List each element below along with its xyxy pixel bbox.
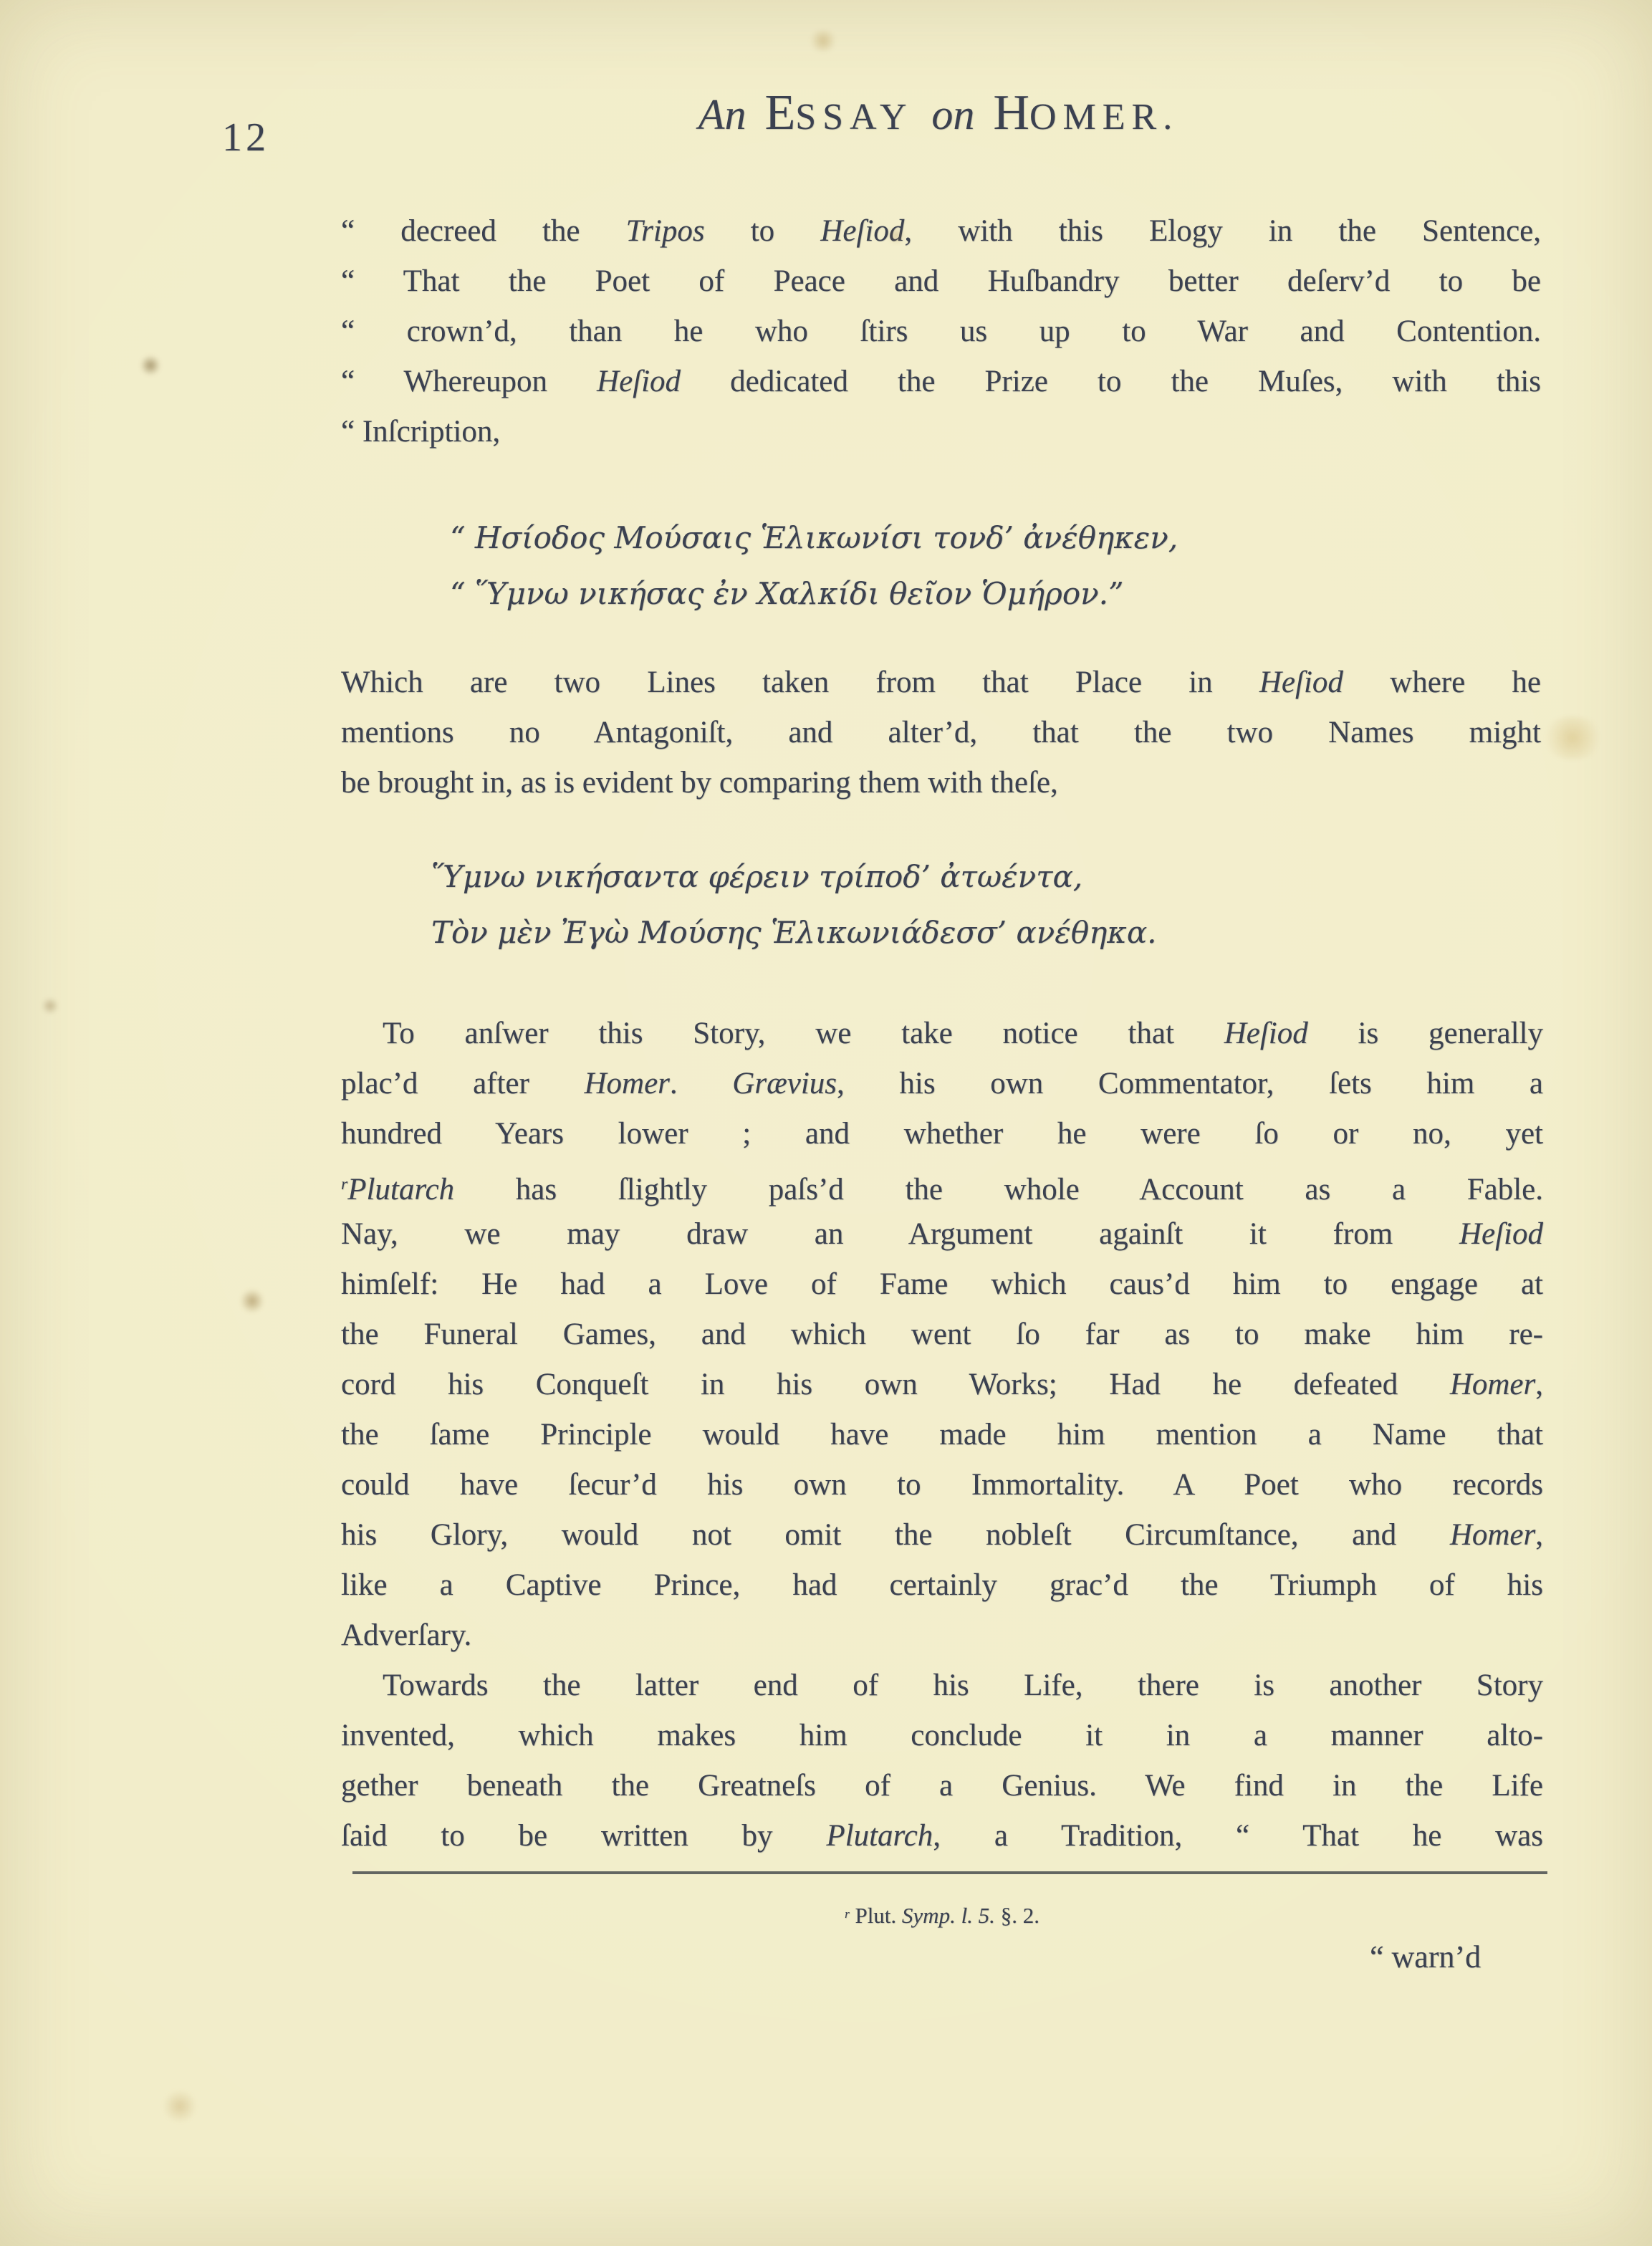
text-run: mentions no Antagoniſt, and alter’d, tha…: [341, 716, 1541, 749]
text-line: Adverſary.: [341, 1611, 1543, 1661]
text-run: like a Captive Prince, had certainly gra…: [341, 1568, 1543, 1602]
text-line: mentions no Antagoniſt, and alter’d, tha…: [341, 708, 1541, 758]
text-run: Which are two Lines taken from that Plac…: [341, 666, 1259, 699]
text-line: his Glory, would not omit the nobleſt Ci…: [341, 1510, 1543, 1560]
text-run: Heſiod: [820, 214, 904, 248]
text-run: “ crown’d, than he who ſtirs us up to Wa…: [341, 315, 1541, 348]
text-run: Homer: [1450, 1518, 1535, 1552]
text-run: Nay, we may draw an Argument againſt it …: [341, 1217, 1459, 1251]
text-run: Tripos: [626, 214, 705, 248]
text-line: Nay, we may draw an Argument againſt it …: [341, 1209, 1543, 1259]
text-run: is generally: [1308, 1017, 1543, 1050]
text-line: could have ſecur’d his own to Immortalit…: [341, 1460, 1543, 1510]
text-run: the Funeral Games, and which went ſo far…: [341, 1318, 1543, 1351]
text-run: Adverſary.: [341, 1618, 471, 1652]
text-run: To anſwer this Story, we take notice tha…: [383, 1017, 1224, 1050]
text-run: , a Tradition, “ That he was: [933, 1819, 1543, 1853]
text-line: “ Whereupon Heſiod dedicated the Prize t…: [341, 357, 1541, 407]
text-run: Homer: [1450, 1368, 1535, 1401]
text-run: Heſiod: [597, 365, 681, 398]
paragraph-towards: Towards the latter end of his Life, ther…: [341, 1661, 1543, 1861]
text-line: Ὕμνω νικήσαντα φέρειν τρίποδ’ ἀτωέντα,: [431, 849, 1434, 905]
text-line: hundred Years lower ; and whether he wer…: [341, 1109, 1543, 1159]
text-run: gether beneath the Greatneſs of a Genius…: [341, 1769, 1543, 1803]
text-run: r: [845, 1907, 850, 1921]
text-line: be brought in, as is evident by comparin…: [341, 758, 1541, 808]
text-run: “ That the Poet of Peace and Huſbandry b…: [341, 264, 1541, 298]
text-line: “ crown’d, than he who ſtirs us up to Wa…: [341, 307, 1541, 357]
text-line: cord his Conqueſt in his own Works; Had …: [341, 1360, 1543, 1410]
text-line: “ That the Poet of Peace and Huſbandry b…: [341, 256, 1541, 307]
text-line: invented, which makes him conclude it in…: [341, 1711, 1543, 1761]
text-run: “ Whereupon: [341, 365, 597, 398]
text-run: cord his Conqueſt in his own Works; Had …: [341, 1368, 1450, 1401]
paper-stain: [1540, 716, 1605, 759]
text-run: ,: [1535, 1368, 1543, 1401]
text-run: be brought in, as is evident by comparin…: [341, 766, 1058, 800]
text-run: hundred Years lower ; and whether he wer…: [341, 1117, 1543, 1151]
text-run: , his own Commentator, ſets him a: [837, 1067, 1543, 1100]
title-essay-rest: SSAY: [795, 97, 913, 138]
text-line: Τὸν μὲν Ἐγὼ Μούσης Ἑλικωνιάδεσσ’ ανέθηκα…: [431, 905, 1434, 961]
text-run: Heſiod: [1224, 1017, 1308, 1050]
text-line: “ Ησίοδος Μούσαις Ἑλικωνίσι τονδ’ ἀνέθηκ…: [450, 510, 1453, 566]
paper-stain: [140, 355, 160, 375]
text-run: has ſlightly paſs’d the whole Account as…: [454, 1173, 1543, 1206]
text-run: could have ſecur’d his own to Immortalit…: [341, 1468, 1543, 1502]
title-homer-rest: OMER.: [1029, 97, 1178, 138]
text-line: rPlutarch has ſlightly paſs’d the whole …: [341, 1159, 1543, 1209]
text-run: Towards the latter end of his Life, ther…: [383, 1669, 1543, 1702]
catchword: “ warn’d: [1370, 1939, 1481, 1975]
text-run: r: [341, 1175, 347, 1194]
paragraph-comparison: Which are two Lines taken from that Plac…: [341, 658, 1541, 808]
page-title: AnESSAYonHOMER.: [337, 85, 1540, 142]
text-run: Plut.: [850, 1903, 902, 1928]
text-line: plac’d after Homer. Grævius, his own Com…: [341, 1059, 1543, 1109]
paper-stain: [241, 1288, 264, 1314]
text-run: “ Ὕμνω νικήσας ἐν Χαλκίδι θεῖον Ὁμήρον.”: [450, 576, 1123, 611]
text-line: Which are two Lines taken from that Plac…: [341, 658, 1541, 708]
text-run: “ decreed the: [341, 214, 626, 248]
text-run: .: [670, 1067, 732, 1100]
text-line: “ Inſcription,: [341, 407, 1541, 457]
text-run: §. 2.: [995, 1903, 1039, 1928]
text-line: the Funeral Games, and which went ſo far…: [341, 1310, 1543, 1360]
text-run: dedicated the Prize to the Muſes, with t…: [681, 365, 1541, 398]
footnote: r Plut. Symp. l. 5. §. 2.: [341, 1903, 1543, 1929]
text-run: Plutarch: [347, 1173, 454, 1206]
text-run: Heſiod: [1259, 666, 1343, 699]
text-run: Τὸν μὲν Ἐγὼ Μούσης Ἑλικωνιάδεσσ’ ανέθηκα…: [431, 915, 1157, 950]
text-run: “ warn’d: [1370, 1939, 1481, 1974]
text-run: invented, which makes him conclude it in…: [341, 1719, 1543, 1752]
paper-stain: [162, 2091, 198, 2122]
book-page: 12 AnESSAYonHOMER. “ decreed the Tripos …: [0, 0, 1652, 2246]
text-line: ſaid to be written by Plutarch, a Tradit…: [341, 1811, 1543, 1861]
text-run: Heſiod: [1459, 1217, 1543, 1251]
text-line: the ſame Principle would have made him m…: [341, 1410, 1543, 1460]
title-word-on: on: [931, 91, 974, 138]
text-line: himſelf: He had a Love of Fame which cau…: [341, 1259, 1543, 1310]
text-run: Grævius: [732, 1067, 837, 1100]
text-run: where he: [1343, 666, 1541, 699]
text-run: Ὕμνω νικήσαντα φέρειν τρίποδ’ ἀτωέντα,: [431, 859, 1082, 894]
paper-stain: [808, 30, 838, 52]
text-line: Towards the latter end of his Life, ther…: [341, 1661, 1543, 1711]
text-run: Plutarch: [826, 1819, 933, 1853]
paragraph-answer: To anſwer this Story, we take notice tha…: [341, 1009, 1543, 1661]
text-run: the ſame Principle would have made him m…: [341, 1418, 1543, 1451]
text-line: “ Ὕμνω νικήσας ἐν Χαλκίδι θεῖον Ὁμήρον.”: [450, 566, 1453, 622]
greek-couplet-2: Ὕμνω νικήσαντα φέρειν τρίποδ’ ἀτωέντα,Τὸ…: [431, 849, 1434, 961]
text-run: himſelf: He had a Love of Fame which cau…: [341, 1267, 1543, 1301]
text-run: ,: [1535, 1518, 1543, 1552]
title-homer-initial: H: [993, 85, 1029, 140]
text-line: “ decreed the Tripos to Heſiod, with thi…: [341, 206, 1541, 256]
quoted-paragraph: “ decreed the Tripos to Heſiod, with thi…: [341, 206, 1541, 457]
title-essay-initial: E: [764, 85, 795, 140]
text-run: “ Inſcription,: [341, 415, 500, 448]
text-line: To anſwer this Story, we take notice tha…: [341, 1009, 1543, 1059]
text-run: his Glory, would not omit the nobleſt Ci…: [341, 1518, 1450, 1552]
text-line: gether beneath the Greatneſs of a Genius…: [341, 1761, 1543, 1811]
text-run: “ Ησίοδος Μούσαις Ἑλικωνίσι τονδ’ ἀνέθηκ…: [450, 520, 1178, 555]
text-run: , with this Elogy in the Sentence,: [904, 214, 1541, 248]
text-run: ſaid to be written by: [341, 1819, 826, 1853]
text-run: Homer: [584, 1067, 669, 1100]
text-run: to: [705, 214, 821, 248]
text-run: plac’d after: [341, 1067, 584, 1100]
text-line: like a Captive Prince, had certainly gra…: [341, 1560, 1543, 1611]
text-run: Symp. l. 5.: [902, 1903, 995, 1928]
footnote-rule: [352, 1871, 1547, 1874]
paper-stain: [42, 997, 59, 1014]
page-number: 12: [222, 115, 269, 160]
greek-couplet-1: “ Ησίοδος Μούσαις Ἑλικωνίσι τονδ’ ἀνέθηκ…: [450, 510, 1453, 622]
title-word-an: An: [698, 91, 746, 138]
